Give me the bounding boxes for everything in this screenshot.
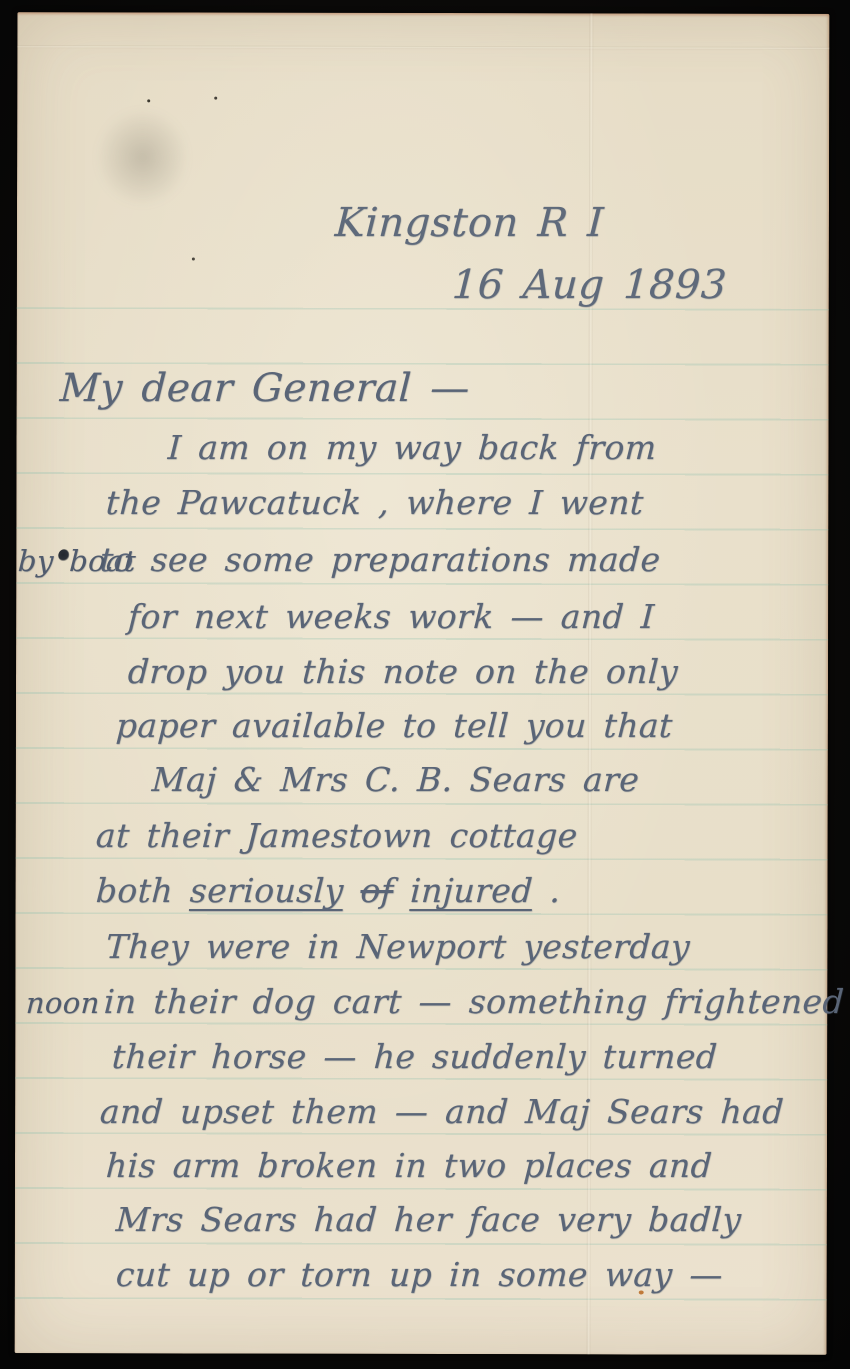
manuscript-line: to see some preparations made xyxy=(99,540,662,579)
manuscript-line: both seriously of injured . xyxy=(95,871,562,910)
manuscript-line: for next weeks work — and I xyxy=(127,597,656,636)
word-run: They were in Newport yesterday xyxy=(105,927,691,966)
word-run: Mrs Sears had her face very badly xyxy=(115,1200,742,1239)
manuscript-line: in their dog cart — something frightened xyxy=(103,982,845,1021)
manuscript-line: They were in Newport yesterday xyxy=(105,927,691,966)
word-run: to see some preparations made xyxy=(99,540,662,579)
heading-place: Kingston R I xyxy=(334,200,605,246)
word-run: both xyxy=(95,871,191,910)
word-run: their horse — he suddenly turned xyxy=(111,1037,718,1076)
manuscript-line: their horse — he suddenly turned xyxy=(111,1037,718,1076)
manuscript-line: Maj & Mrs C. B. Sears are xyxy=(151,760,640,799)
word-run: . xyxy=(532,871,562,910)
word-run: at their Jamestown cottage xyxy=(95,816,579,855)
word-run: drop you this note on the only xyxy=(127,652,679,691)
photo-background: Kingston R I 16 Aug 1893 My dear General… xyxy=(0,0,850,1369)
manuscript-ink-layer: Kingston R I 16 Aug 1893 My dear General… xyxy=(0,0,850,1369)
heading-date: 16 Aug 1893 xyxy=(451,262,728,308)
word-run: his arm broken in two places and xyxy=(105,1146,713,1185)
margin-note: by boat xyxy=(17,544,137,578)
word-run: the Pawcatuck , where I went xyxy=(105,483,645,522)
manuscript-line: and upset them — and Maj Sears had xyxy=(99,1092,785,1131)
word-run: Maj & Mrs C. B. Sears are xyxy=(151,760,640,799)
word-run: and upset them — and Maj Sears had xyxy=(99,1092,785,1131)
manuscript-line: his arm broken in two places and xyxy=(105,1146,713,1185)
word-run: I am on my way back from xyxy=(167,428,658,467)
word-run: My dear General — xyxy=(59,366,471,411)
manuscript-line: the Pawcatuck , where I went xyxy=(105,483,645,522)
manuscript-line: paper available to tell you that xyxy=(115,706,674,745)
word-run: cut up or torn up in some way — xyxy=(115,1255,724,1294)
struck-word: of xyxy=(360,871,395,910)
underlined-word: injured xyxy=(409,871,534,910)
manuscript-line: My dear General — xyxy=(59,366,471,411)
margin-note: noon xyxy=(25,986,101,1020)
word-run: for next weeks work — and I xyxy=(127,597,656,636)
manuscript-line: Mrs Sears had her face very badly xyxy=(115,1200,742,1239)
manuscript-line: I am on my way back from xyxy=(167,428,658,467)
word-run: in their dog cart — something frightened xyxy=(103,982,845,1021)
word-run xyxy=(343,871,362,910)
underlined-word: seriously xyxy=(189,871,345,910)
manuscript-line: cut up or torn up in some way — xyxy=(115,1255,724,1294)
word-run: paper available to tell you that xyxy=(115,706,674,745)
manuscript-line: at their Jamestown cottage xyxy=(95,816,579,855)
manuscript-line: drop you this note on the only xyxy=(127,652,679,691)
